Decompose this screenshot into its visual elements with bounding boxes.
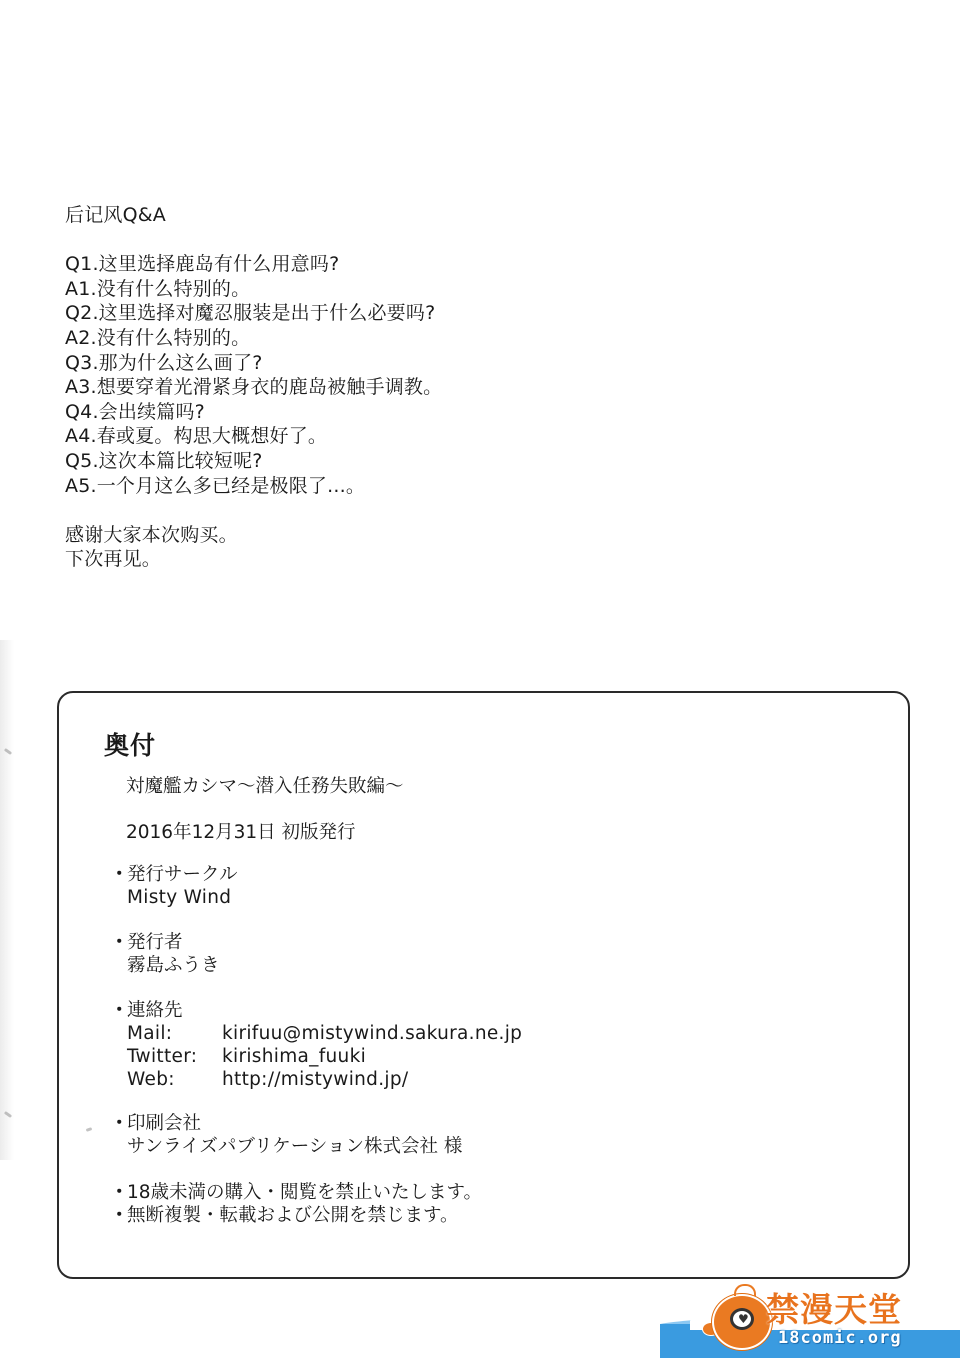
bullet: ・: [110, 999, 127, 1022]
notice-copyright: ・無断複製・転載および公開を禁じます。: [110, 1204, 482, 1227]
notices-section: ・18歳未満の購入・閲覧を禁止いたします。 ・無断複製・転載および公開を禁じます…: [110, 1181, 482, 1227]
notice-text: 18歳未満の購入・閲覧を禁止いたします。: [127, 1182, 482, 1203]
qa-line: Q2.这里选择对魔忍服装是出于什么必要吗?: [65, 301, 442, 326]
closing-line: 感谢大家本次购买。: [65, 523, 442, 548]
afterword-section: 后记风Q&A Q1.这里选择鹿岛有什么用意吗? A1.没有什么特别的。 Q2.这…: [65, 203, 442, 572]
qa-line: Q4.会出续篇吗?: [65, 400, 442, 425]
circle-name: Misty Wind: [110, 886, 237, 909]
notice-text: 無断複製・転載および公開を禁じます。: [127, 1205, 459, 1226]
twitter-value: kirishima_fuuki: [222, 1045, 366, 1068]
notice-age-restriction: ・18歳未満の購入・閲覧を禁止いたします。: [110, 1181, 482, 1204]
contact-row-web: Web: http://mistywind.jp/: [110, 1068, 522, 1091]
closing-line: 下次再见。: [65, 547, 442, 572]
mail-value: kirifuu@mistywind.sakura.ne.jp: [222, 1022, 522, 1045]
mail-label: Mail:: [110, 1022, 222, 1045]
qa-line: Q5.这次本篇比较短呢?: [65, 449, 442, 474]
qa-line: A2.没有什么特别的。: [65, 326, 442, 351]
twitter-label: Twitter:: [110, 1045, 222, 1068]
qa-line: A1.没有什么特别的。: [65, 277, 442, 302]
publisher-section: ・発行者 霧島ふうき: [110, 931, 220, 977]
contact-row-twitter: Twitter: kirishima_fuuki: [110, 1045, 522, 1068]
contact-row-mail: Mail: kirifuu@mistywind.sakura.ne.jp: [110, 1022, 522, 1045]
site-watermark: ♥ 禁漫天堂 18comic.org: [660, 1282, 960, 1358]
colophon-title: 奥付: [104, 726, 156, 762]
bullet: ・: [110, 931, 127, 954]
printer-label: 印刷会社: [127, 1113, 201, 1134]
contact-label: 連絡先: [127, 1000, 183, 1021]
bullet: ・: [110, 1181, 127, 1204]
bullet: ・: [110, 863, 127, 886]
whale-mascot-icon: ♥: [712, 1294, 772, 1350]
qa-line: Q1.这里选择鹿岛有什么用意吗?: [65, 252, 442, 277]
qa-line: Q3.那为什么这么画了?: [65, 351, 442, 376]
afterword-title: 后记风Q&A: [65, 203, 442, 228]
web-value: http://mistywind.jp/: [222, 1068, 408, 1091]
web-label: Web:: [110, 1068, 222, 1091]
circle-section: ・発行サークル Misty Wind: [110, 863, 237, 909]
whale-spout-icon: [734, 1284, 756, 1296]
qa-line: A4.春或夏。构思大概想好了。: [65, 424, 442, 449]
publisher-label: 発行者: [127, 932, 183, 953]
scan-edge-shadow: [0, 640, 14, 1160]
publication-date: 2016年12月31日 初版発行: [126, 818, 356, 844]
contact-section: ・連絡先 Mail: kirifuu@mistywind.sakura.ne.j…: [110, 999, 522, 1091]
circle-label: 発行サークル: [127, 864, 237, 885]
watermark-title: 禁漫天堂: [766, 1284, 902, 1331]
bullet: ・: [110, 1204, 127, 1227]
qa-line: A3.想要穿着光滑紧身衣的鹿岛被触手调教。: [65, 375, 442, 400]
qa-line: A5.一个月这么多已经是极限了...。: [65, 474, 442, 499]
heart-eye-icon: ♥: [730, 1308, 754, 1330]
printer-name: サンライズパブリケーション株式会社 様: [110, 1135, 462, 1158]
watermark-url: 18comic.org: [778, 1328, 902, 1348]
bullet: ・: [110, 1112, 127, 1135]
book-title: 対魔艦カシマ～潜入任務失敗編～: [126, 772, 404, 798]
printer-section: ・印刷会社 サンライズパブリケーション株式会社 様: [110, 1112, 462, 1158]
publisher-name: 霧島ふうき: [110, 954, 220, 977]
